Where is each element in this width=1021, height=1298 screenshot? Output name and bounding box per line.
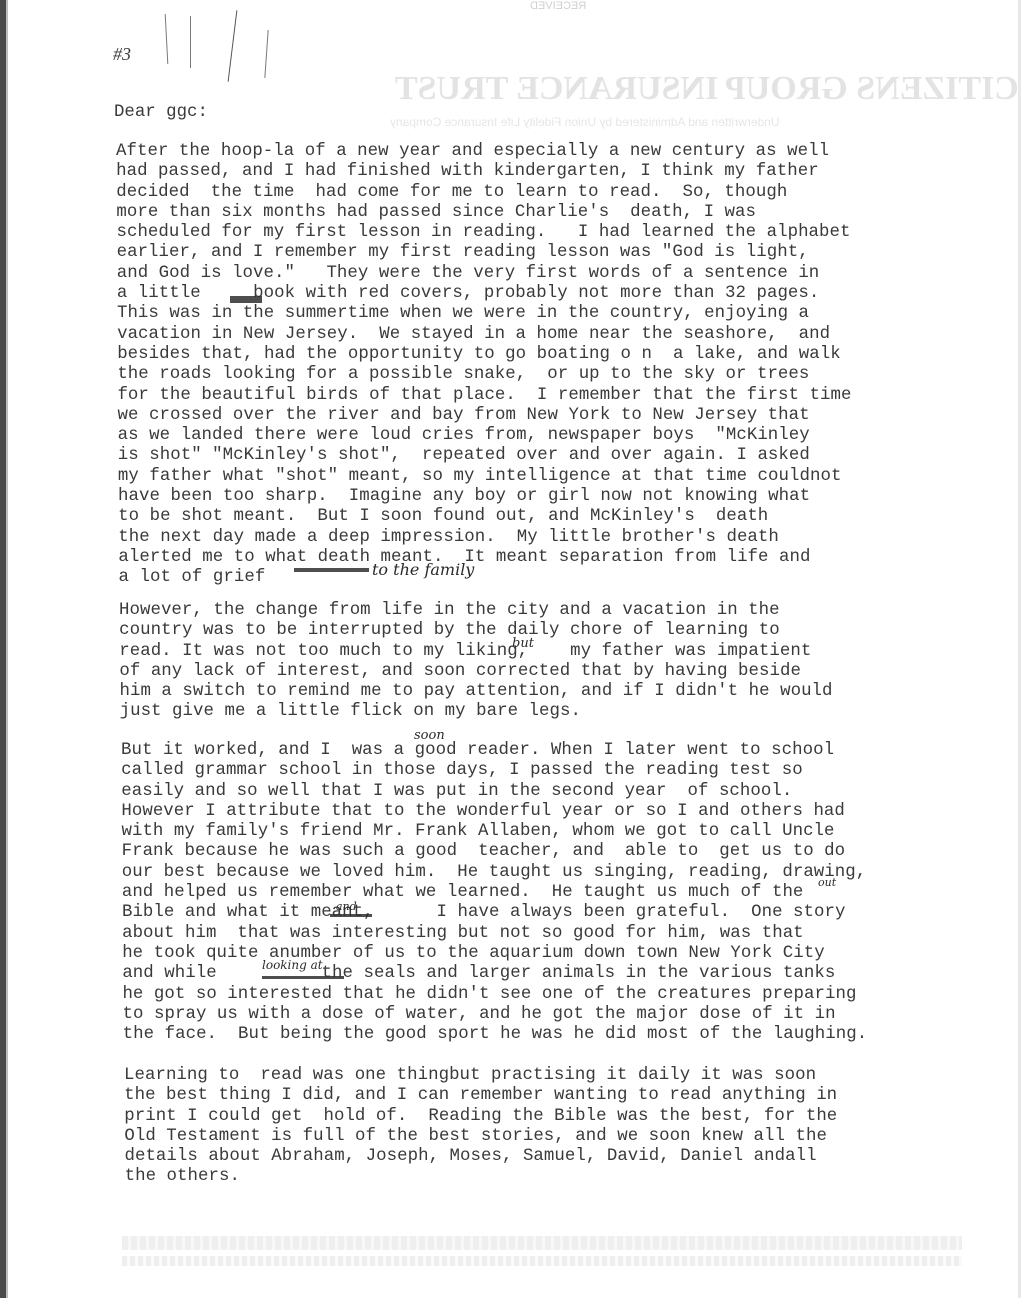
handwritten-insert-looking-at: looking at	[262, 958, 323, 972]
text-line: more than six months had passed since Ch…	[116, 203, 851, 223]
text-line: besides that, had the opportunity to go …	[117, 345, 851, 365]
pencil-mark	[264, 30, 268, 78]
text-line: easily and so well that I was put in the…	[121, 782, 867, 802]
paragraph-2: However, the change from life in the cit…	[119, 601, 833, 723]
pencil-mark	[165, 14, 169, 64]
text-line: about him that was interesting but not s…	[122, 924, 867, 944]
text-line: called grammar school in those days, I p…	[121, 761, 867, 781]
text-line: him a switch to remind me to pay attenti…	[119, 682, 832, 702]
paragraph-3: But it worked, and I was a good reader. …	[121, 741, 867, 1045]
text-line: the roads looking for a possible snake, …	[117, 365, 851, 385]
text-line: and God is love." They were the very fir…	[117, 264, 852, 284]
text-line: as we landed there were loud cries from,…	[118, 426, 852, 446]
strikeout-visiting	[262, 976, 344, 979]
bleed-through-letterhead-subtitle: Underwritten and Administered by Union F…	[390, 115, 780, 129]
text-line: alerted me to what death meant. It meant…	[118, 548, 851, 568]
text-line: our best because we loved him. He taught…	[122, 863, 867, 883]
text-line: However, the change from life in the cit…	[119, 601, 833, 621]
text-line: a little book with red covers, probably …	[117, 284, 852, 304]
handwritten-insert-but: but	[512, 636, 534, 651]
text-line: scheduled for my first lesson in reading…	[116, 223, 851, 243]
text-line: he got so interested that he didn't see …	[122, 985, 867, 1005]
text-line: and while the seals and larger animals i…	[122, 964, 867, 984]
text-line: is shot" "McKinley's shot", repeated ove…	[118, 446, 852, 466]
text-line: the next day made a deep impression. My …	[118, 528, 851, 548]
strikeout-that	[330, 914, 372, 917]
text-line: to spray us with a dose of water, and he…	[123, 1005, 868, 1025]
text-line: for the beautiful birds of that place. I…	[117, 386, 851, 406]
text-line: Bible and what it meant, I have always b…	[122, 903, 867, 923]
bleed-through-letterhead-title: NATIONAL SENIOR CITIZENS GROUP INSURANCE…	[395, 70, 1021, 108]
bleed-through-footer	[122, 1236, 962, 1250]
handwritten-insert-soon: soon	[414, 728, 445, 743]
handwritten-insert-out: out	[818, 876, 836, 889]
text-line: to be shot meant. But I soon found out, …	[118, 507, 851, 527]
paragraph-1: After the hoop-la of a new year and espe…	[116, 142, 851, 589]
strikeout-to-them	[294, 568, 369, 572]
text-line: a lot of grief	[119, 568, 852, 588]
text-line: Learning to read was one thingbut practi…	[124, 1066, 837, 1086]
text-line: of any lack of interest, and soon correc…	[119, 662, 832, 682]
text-line: the face. But being the good sport he wa…	[123, 1025, 868, 1045]
text-line: have been too sharp. Imagine any boy or …	[118, 487, 851, 507]
text-line: had passed, and I had finished with kind…	[116, 162, 851, 182]
text-line: the best thing I did, and I can remember…	[124, 1086, 837, 1106]
pencil-mark	[190, 16, 191, 68]
strikeout-red	[230, 296, 262, 303]
text-line: But it worked, and I was a good reader. …	[121, 741, 867, 761]
pencil-mark	[228, 10, 238, 82]
text-line: country was to be interrupted by the dai…	[119, 621, 832, 641]
text-line: decided the time had come for me to lear…	[116, 183, 851, 203]
text-line: with my family's friend Mr. Frank Allabe…	[121, 822, 867, 842]
bleed-through-footer-2	[122, 1256, 962, 1266]
text-line: This was in the summertime when we were …	[117, 304, 852, 324]
text-line: Old Testament is full of the best storie…	[124, 1127, 837, 1147]
text-line: the others.	[125, 1167, 838, 1187]
paragraph-4: Learning to read was one thingbut practi…	[124, 1066, 837, 1188]
text-line: read. It was not too much to my liking, …	[119, 642, 832, 662]
bleed-through-stamp: RECEIVED	[530, 0, 586, 12]
text-line: print I could get hold of. Reading the B…	[124, 1107, 837, 1127]
handwritten-insert-and: and	[336, 900, 357, 913]
text-line: However I attribute that to the wonderfu…	[121, 802, 867, 822]
text-line: Frank because he was such a good teacher…	[122, 842, 868, 862]
text-line: After the hoop-la of a new year and espe…	[116, 142, 851, 162]
text-line: we crossed over the river and bay from N…	[118, 406, 852, 426]
text-line: just give me a little flick on my bare l…	[120, 702, 833, 722]
text-line: he took quite anumber of us to the aquar…	[122, 944, 867, 964]
text-line: and helped us remember what we learned. …	[122, 883, 867, 903]
text-line: my father what "shot" meant, so my intel…	[118, 467, 852, 487]
scan-left-edge-shadow	[6, 0, 8, 1298]
text-line: earlier, and I remember my first reading…	[117, 243, 852, 263]
handwritten-insert-to-the-family: to the family	[372, 560, 474, 579]
text-line: details about Abraham, Joseph, Moses, Sa…	[124, 1147, 837, 1167]
text-line: vacation in New Jersey. We stayed in a h…	[117, 325, 851, 345]
page-number: #3	[113, 44, 131, 65]
salutation: Dear ggc:	[114, 103, 208, 122]
